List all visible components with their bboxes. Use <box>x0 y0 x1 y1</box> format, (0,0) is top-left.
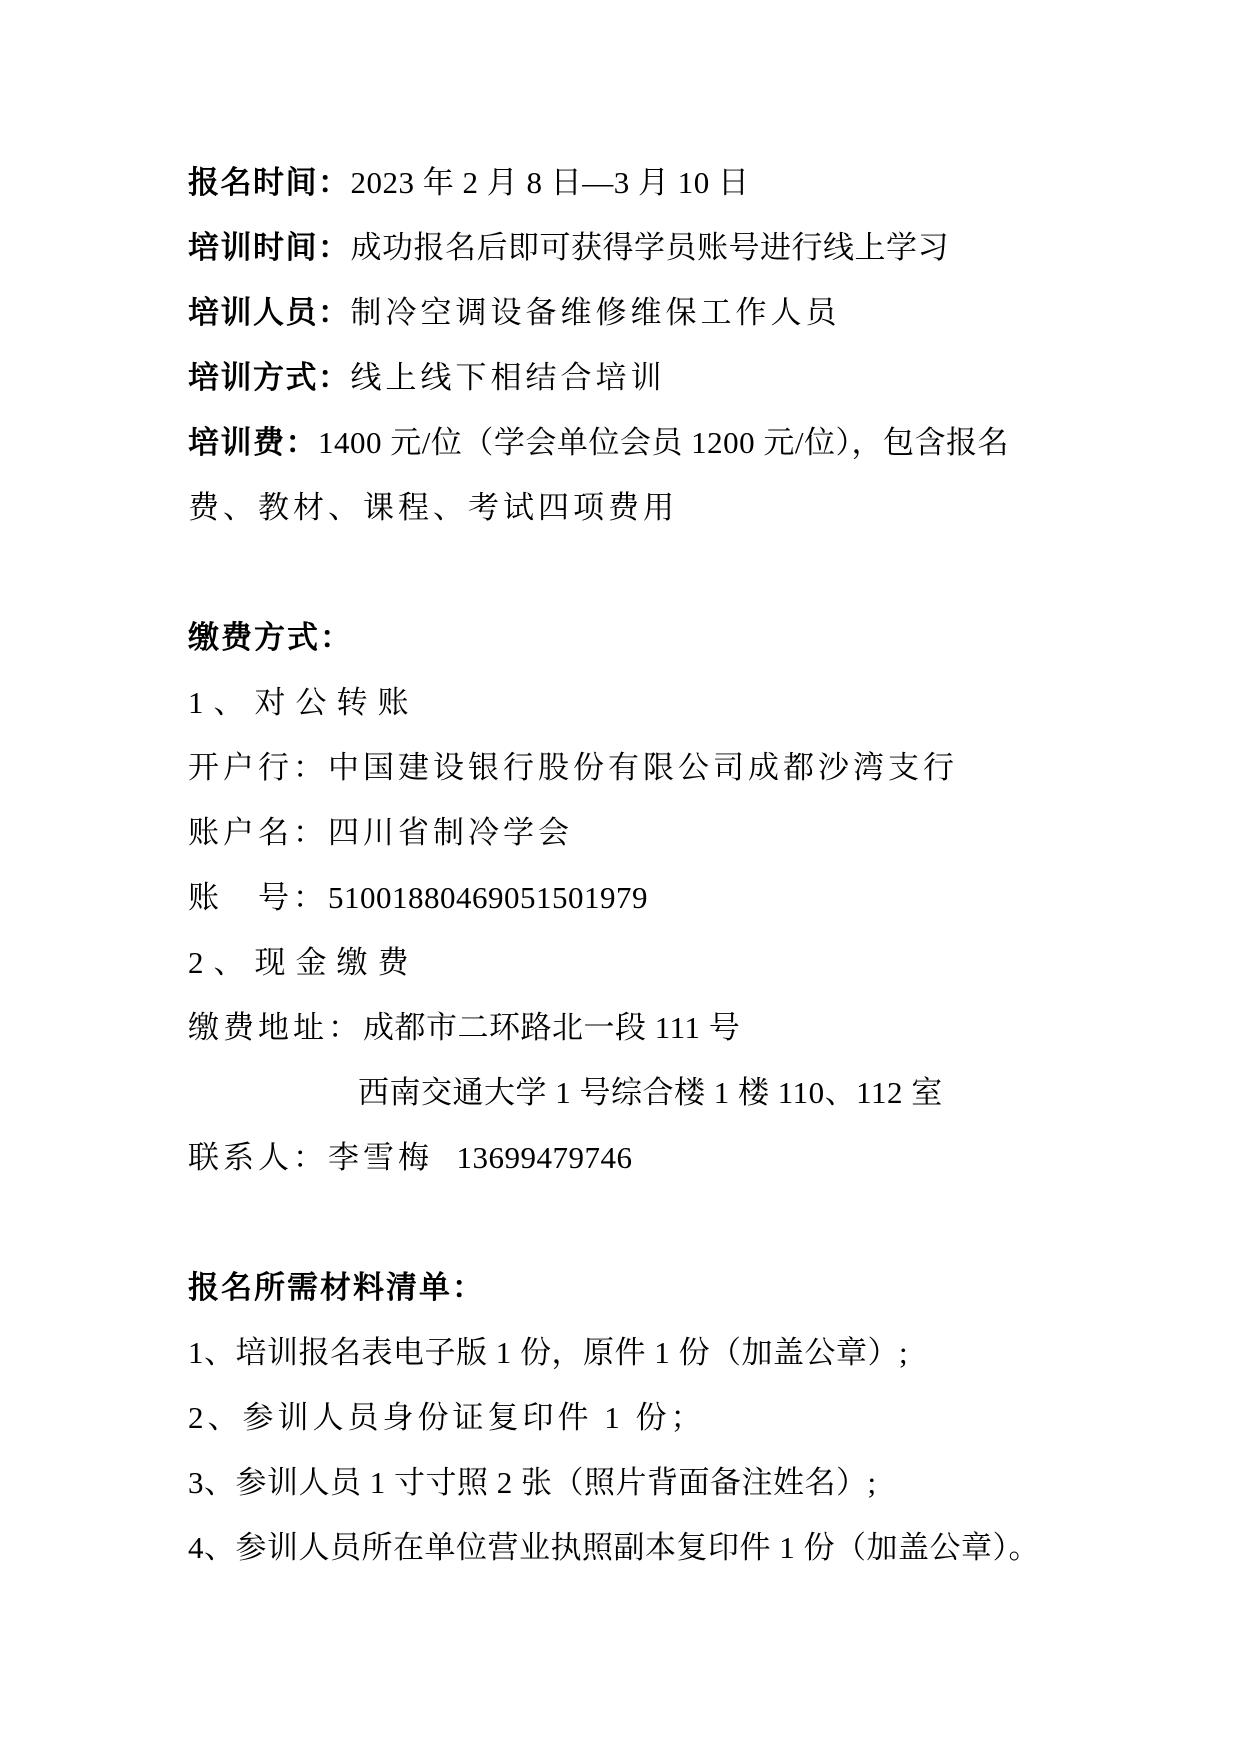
material-item-1: 1、培训报名表电子版 1 份，原件 1 份（加盖公章）; <box>188 1320 1185 1385</box>
training-fee-label: 培训费： <box>188 425 318 460</box>
account-number-label: 账 号： <box>188 880 328 915</box>
account-number-value: 51001880469051501979 <box>328 880 648 915</box>
bank-label: 开户行： <box>188 750 328 785</box>
payment-address-line-2: 西南交通大学 1 号综合楼 1 楼 110、112 室 <box>188 1060 1185 1125</box>
trainees-value: 制冷空调设备维修维保工作人员 <box>351 295 841 330</box>
signup-time-value: 2023 年 2 月 8 日—3 月 10 日 <box>351 165 750 200</box>
training-mode-label: 培训方式： <box>188 360 351 395</box>
line-training-mode: 培训方式：线上线下相结合培训 <box>188 345 1185 410</box>
account-name-label: 账户名： <box>188 815 328 850</box>
contact-name: 李雪梅 <box>328 1140 433 1175</box>
line-signup-time: 报名时间：2023 年 2 月 8 日—3 月 10 日 <box>188 150 1185 215</box>
contact-label: 联系人： <box>188 1140 328 1175</box>
material-item-4: 4、参训人员所在单位营业执照副本复印件 1 份（加盖公章）。 <box>188 1515 1185 1580</box>
payment-section-heading: 缴费方式： <box>188 605 1185 670</box>
payment-method-transfer: 1、对公转账 <box>188 670 1185 735</box>
document-content: 报名时间：2023 年 2 月 8 日—3 月 10 日 培训时间：成功报名后即… <box>188 150 1185 1580</box>
payment-contact-line: 联系人：李雪梅 13699479746 <box>188 1125 1185 1190</box>
material-item-3: 3、参训人员 1 寸寸照 2 张（照片背面备注姓名）; <box>188 1450 1185 1515</box>
training-fee-continuation-value: 费、教材、课程、考试四项费用 <box>188 490 678 525</box>
payment-account-name-line: 账户名：四川省制冷学会 <box>188 800 1185 865</box>
signup-time-label: 报名时间： <box>188 165 351 200</box>
training-time-value: 成功报名后即可获得学员账号进行线上学习 <box>351 230 950 265</box>
contact-phone: 13699479746 <box>457 1140 633 1175</box>
materials-section-heading: 报名所需材料清单： <box>188 1255 1185 1320</box>
account-name-value: 四川省制冷学会 <box>328 815 573 850</box>
contact-spacer <box>433 1140 457 1175</box>
payment-account-number-line: 账 号：51001880469051501979 <box>188 865 1185 930</box>
line-training-time: 培训时间：成功报名后即可获得学员账号进行线上学习 <box>188 215 1185 280</box>
payment-method-cash: 2、现金缴费 <box>188 930 1185 995</box>
training-fee-value: 1400 元/位（学会单位会员 1200 元/位），包含报名 <box>318 425 1009 460</box>
payment-address-value: 成都市二环路北一段 111 号 <box>363 1010 740 1045</box>
trainees-label: 培训人员： <box>188 295 351 330</box>
line-trainees: 培训人员：制冷空调设备维修维保工作人员 <box>188 280 1185 345</box>
payment-address-label: 缴费地址： <box>188 1010 363 1045</box>
line-training-fee: 培训费：1400 元/位（学会单位会员 1200 元/位），包含报名 <box>188 410 1185 475</box>
material-item-2: 2、参训人员身份证复印件 1 份； <box>188 1385 1185 1450</box>
payment-address-line: 缴费地址：成都市二环路北一段 111 号 <box>188 995 1185 1060</box>
training-mode-value: 线上线下相结合培训 <box>351 360 666 395</box>
training-time-label: 培训时间： <box>188 230 351 265</box>
document-page: 报名时间：2023 年 2 月 8 日—3 月 10 日 培训时间：成功报名后即… <box>0 0 1240 1753</box>
line-training-fee-continuation: 费、教材、课程、考试四项费用 <box>188 475 1185 540</box>
payment-bank-line: 开户行：中国建设银行股份有限公司成都沙湾支行 <box>188 735 1185 800</box>
bank-value: 中国建设银行股份有限公司成都沙湾支行 <box>328 750 958 785</box>
